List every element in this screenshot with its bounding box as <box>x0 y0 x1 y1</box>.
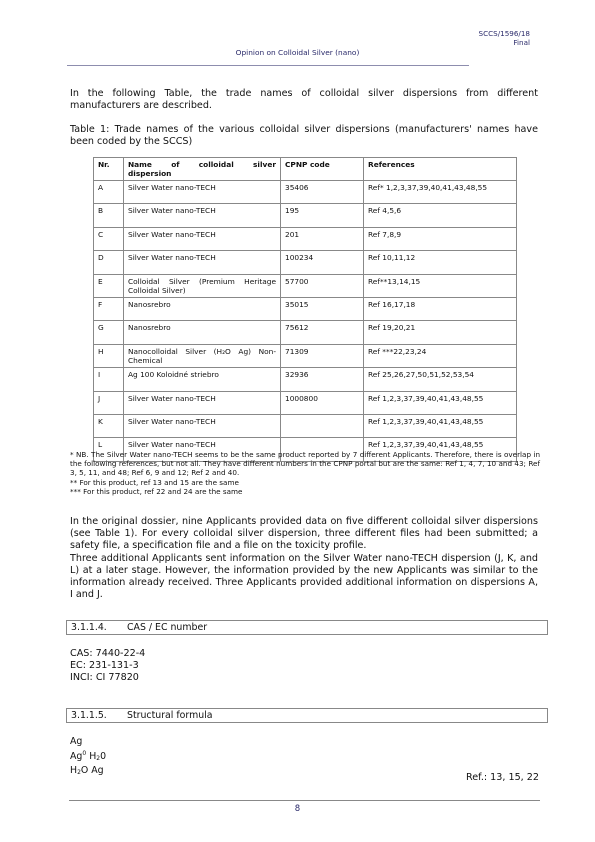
row-cpnp: 35406 <box>281 181 364 204</box>
document-id: SCCS/1596/18 <box>479 29 530 38</box>
row-name: Nanosrebro <box>124 297 281 320</box>
footer-divider <box>69 800 540 801</box>
row-cpnp <box>281 414 364 437</box>
formula-references: Ref.: 13, 15, 22 <box>466 772 539 783</box>
row-cpnp: 57700 <box>281 274 364 297</box>
table-row: HNanocolloidal Silver (H₂O Ag) Non-Chemi… <box>94 344 517 367</box>
header-nr: Nr. <box>94 158 124 181</box>
row-nr: D <box>94 251 124 274</box>
row-nr: F <box>94 297 124 320</box>
row-name: Ag 100 Koloidné striebro <box>124 368 281 391</box>
row-name: Nanosrebro <box>124 321 281 344</box>
header-references: References <box>364 158 517 181</box>
cas-number: CAS: 7440-22-4 <box>70 648 145 660</box>
section-number: 3.1.1.4. <box>71 621 107 634</box>
inci-name: INCI: CI 77820 <box>70 672 145 684</box>
row-references: Ref* 1,2,3,37,39,40,41,43,48,55 <box>364 181 517 204</box>
row-references: Ref 7,8,9 <box>364 227 517 250</box>
footnote-2: ** For this product, ref 13 and 15 are t… <box>70 478 540 487</box>
row-nr: A <box>94 181 124 204</box>
row-references: Ref 1,2,3,37,39,40,41,43,48,55 <box>364 391 517 414</box>
row-name: Silver Water nano-TECH <box>124 181 281 204</box>
header-divider <box>67 65 469 66</box>
row-cpnp: 1000800 <box>281 391 364 414</box>
formula-line-1: Ag <box>70 736 106 748</box>
row-nr: I <box>94 368 124 391</box>
table-caption: Table 1: Trade names of the various coll… <box>70 124 538 148</box>
row-references: Ref 16,17,18 <box>364 297 517 320</box>
section-heading-cas: 3.1.1.4. CAS / EC number <box>66 620 548 635</box>
trade-names-table: Nr. Name of colloidal silver dispersion … <box>93 157 517 462</box>
table-row: JSilver Water nano-TECH1000800Ref 1,2,3,… <box>94 391 517 414</box>
row-nr: K <box>94 414 124 437</box>
row-cpnp: 32936 <box>281 368 364 391</box>
row-name: Silver Water nano-TECH <box>124 391 281 414</box>
formula-line-3: H2O Ag <box>70 765 106 779</box>
document-status: Final <box>479 38 530 47</box>
row-references: Ref**13,14,15 <box>364 274 517 297</box>
header-cpnp: CPNP code <box>281 158 364 181</box>
row-references: Ref 19,20,21 <box>364 321 517 344</box>
structural-formulas: Ag Ag0 H20 H2O Ag <box>70 736 106 778</box>
row-cpnp: 100234 <box>281 251 364 274</box>
footnote-1: * NB. The Silver Water nano-TECH seems t… <box>70 450 540 478</box>
table-row: IAg 100 Koloidné striebro32936Ref 25,26,… <box>94 368 517 391</box>
page-number: 8 <box>0 804 595 814</box>
formula-line-2: Ag0 H20 <box>70 748 106 765</box>
table-row: ASilver Water nano-TECH35406Ref* 1,2,3,3… <box>94 181 517 204</box>
row-nr: C <box>94 227 124 250</box>
row-cpnp: 201 <box>281 227 364 250</box>
row-references: Ref 25,26,27,50,51,52,53,54 <box>364 368 517 391</box>
row-cpnp: 195 <box>281 204 364 227</box>
table-row: KSilver Water nano-TECHRef 1,2,3,37,39,4… <box>94 414 517 437</box>
row-references: Ref 10,11,12 <box>364 251 517 274</box>
table-row: EColloidal Silver (Premium Heritage Coll… <box>94 274 517 297</box>
section-title: CAS / EC number <box>127 621 207 634</box>
running-header-title: Opinion on Colloidal Silver (nano) <box>0 48 595 57</box>
section-number: 3.1.1.5. <box>71 709 107 722</box>
intro-paragraph: In the following Table, the trade names … <box>70 88 538 112</box>
ec-number: EC: 231-131-3 <box>70 660 145 672</box>
row-cpnp: 35015 <box>281 297 364 320</box>
section-title: Structural formula <box>127 709 213 722</box>
table-row: GNanosrebro75612Ref 19,20,21 <box>94 321 517 344</box>
row-nr: J <box>94 391 124 414</box>
row-name: Silver Water nano-TECH <box>124 227 281 250</box>
header-name: Name of colloidal silver dispersion <box>124 158 281 181</box>
table-row: FNanosrebro35015Ref 16,17,18 <box>94 297 517 320</box>
row-nr: H <box>94 344 124 367</box>
table-row: CSilver Water nano-TECH201Ref 7,8,9 <box>94 227 517 250</box>
table-footnotes: * NB. The Silver Water nano-TECH seems t… <box>70 450 540 496</box>
row-references: Ref 4,5,6 <box>364 204 517 227</box>
row-name: Silver Water nano-TECH <box>124 414 281 437</box>
row-cpnp: 71309 <box>281 344 364 367</box>
footnote-3: *** For this product, ref 22 and 24 are … <box>70 487 540 496</box>
table-row: BSilver Water nano-TECH195Ref 4,5,6 <box>94 204 517 227</box>
row-references: Ref 1,2,3,37,39,40,41,43,48,55 <box>364 414 517 437</box>
row-nr: E <box>94 274 124 297</box>
identifiers-list: CAS: 7440-22-4 EC: 231-131-3 INCI: CI 77… <box>70 648 145 685</box>
row-name: Silver Water nano-TECH <box>124 204 281 227</box>
row-cpnp: 75612 <box>281 321 364 344</box>
row-name: Nanocolloidal Silver (H₂O Ag) Non-Chemic… <box>124 344 281 367</box>
table-header-row: Nr. Name of colloidal silver dispersion … <box>94 158 517 181</box>
row-references: Ref ***22,23,24 <box>364 344 517 367</box>
applicants-paragraph: In the original dossier, nine Applicants… <box>70 516 538 601</box>
row-nr: G <box>94 321 124 344</box>
row-nr: B <box>94 204 124 227</box>
table-row: DSilver Water nano-TECH100234Ref 10,11,1… <box>94 251 517 274</box>
section-heading-formula: 3.1.1.5. Structural formula <box>66 708 548 723</box>
row-name: Silver Water nano-TECH <box>124 251 281 274</box>
row-name: Colloidal Silver (Premium Heritage Collo… <box>124 274 281 297</box>
document-code: SCCS/1596/18 Final <box>479 29 530 47</box>
